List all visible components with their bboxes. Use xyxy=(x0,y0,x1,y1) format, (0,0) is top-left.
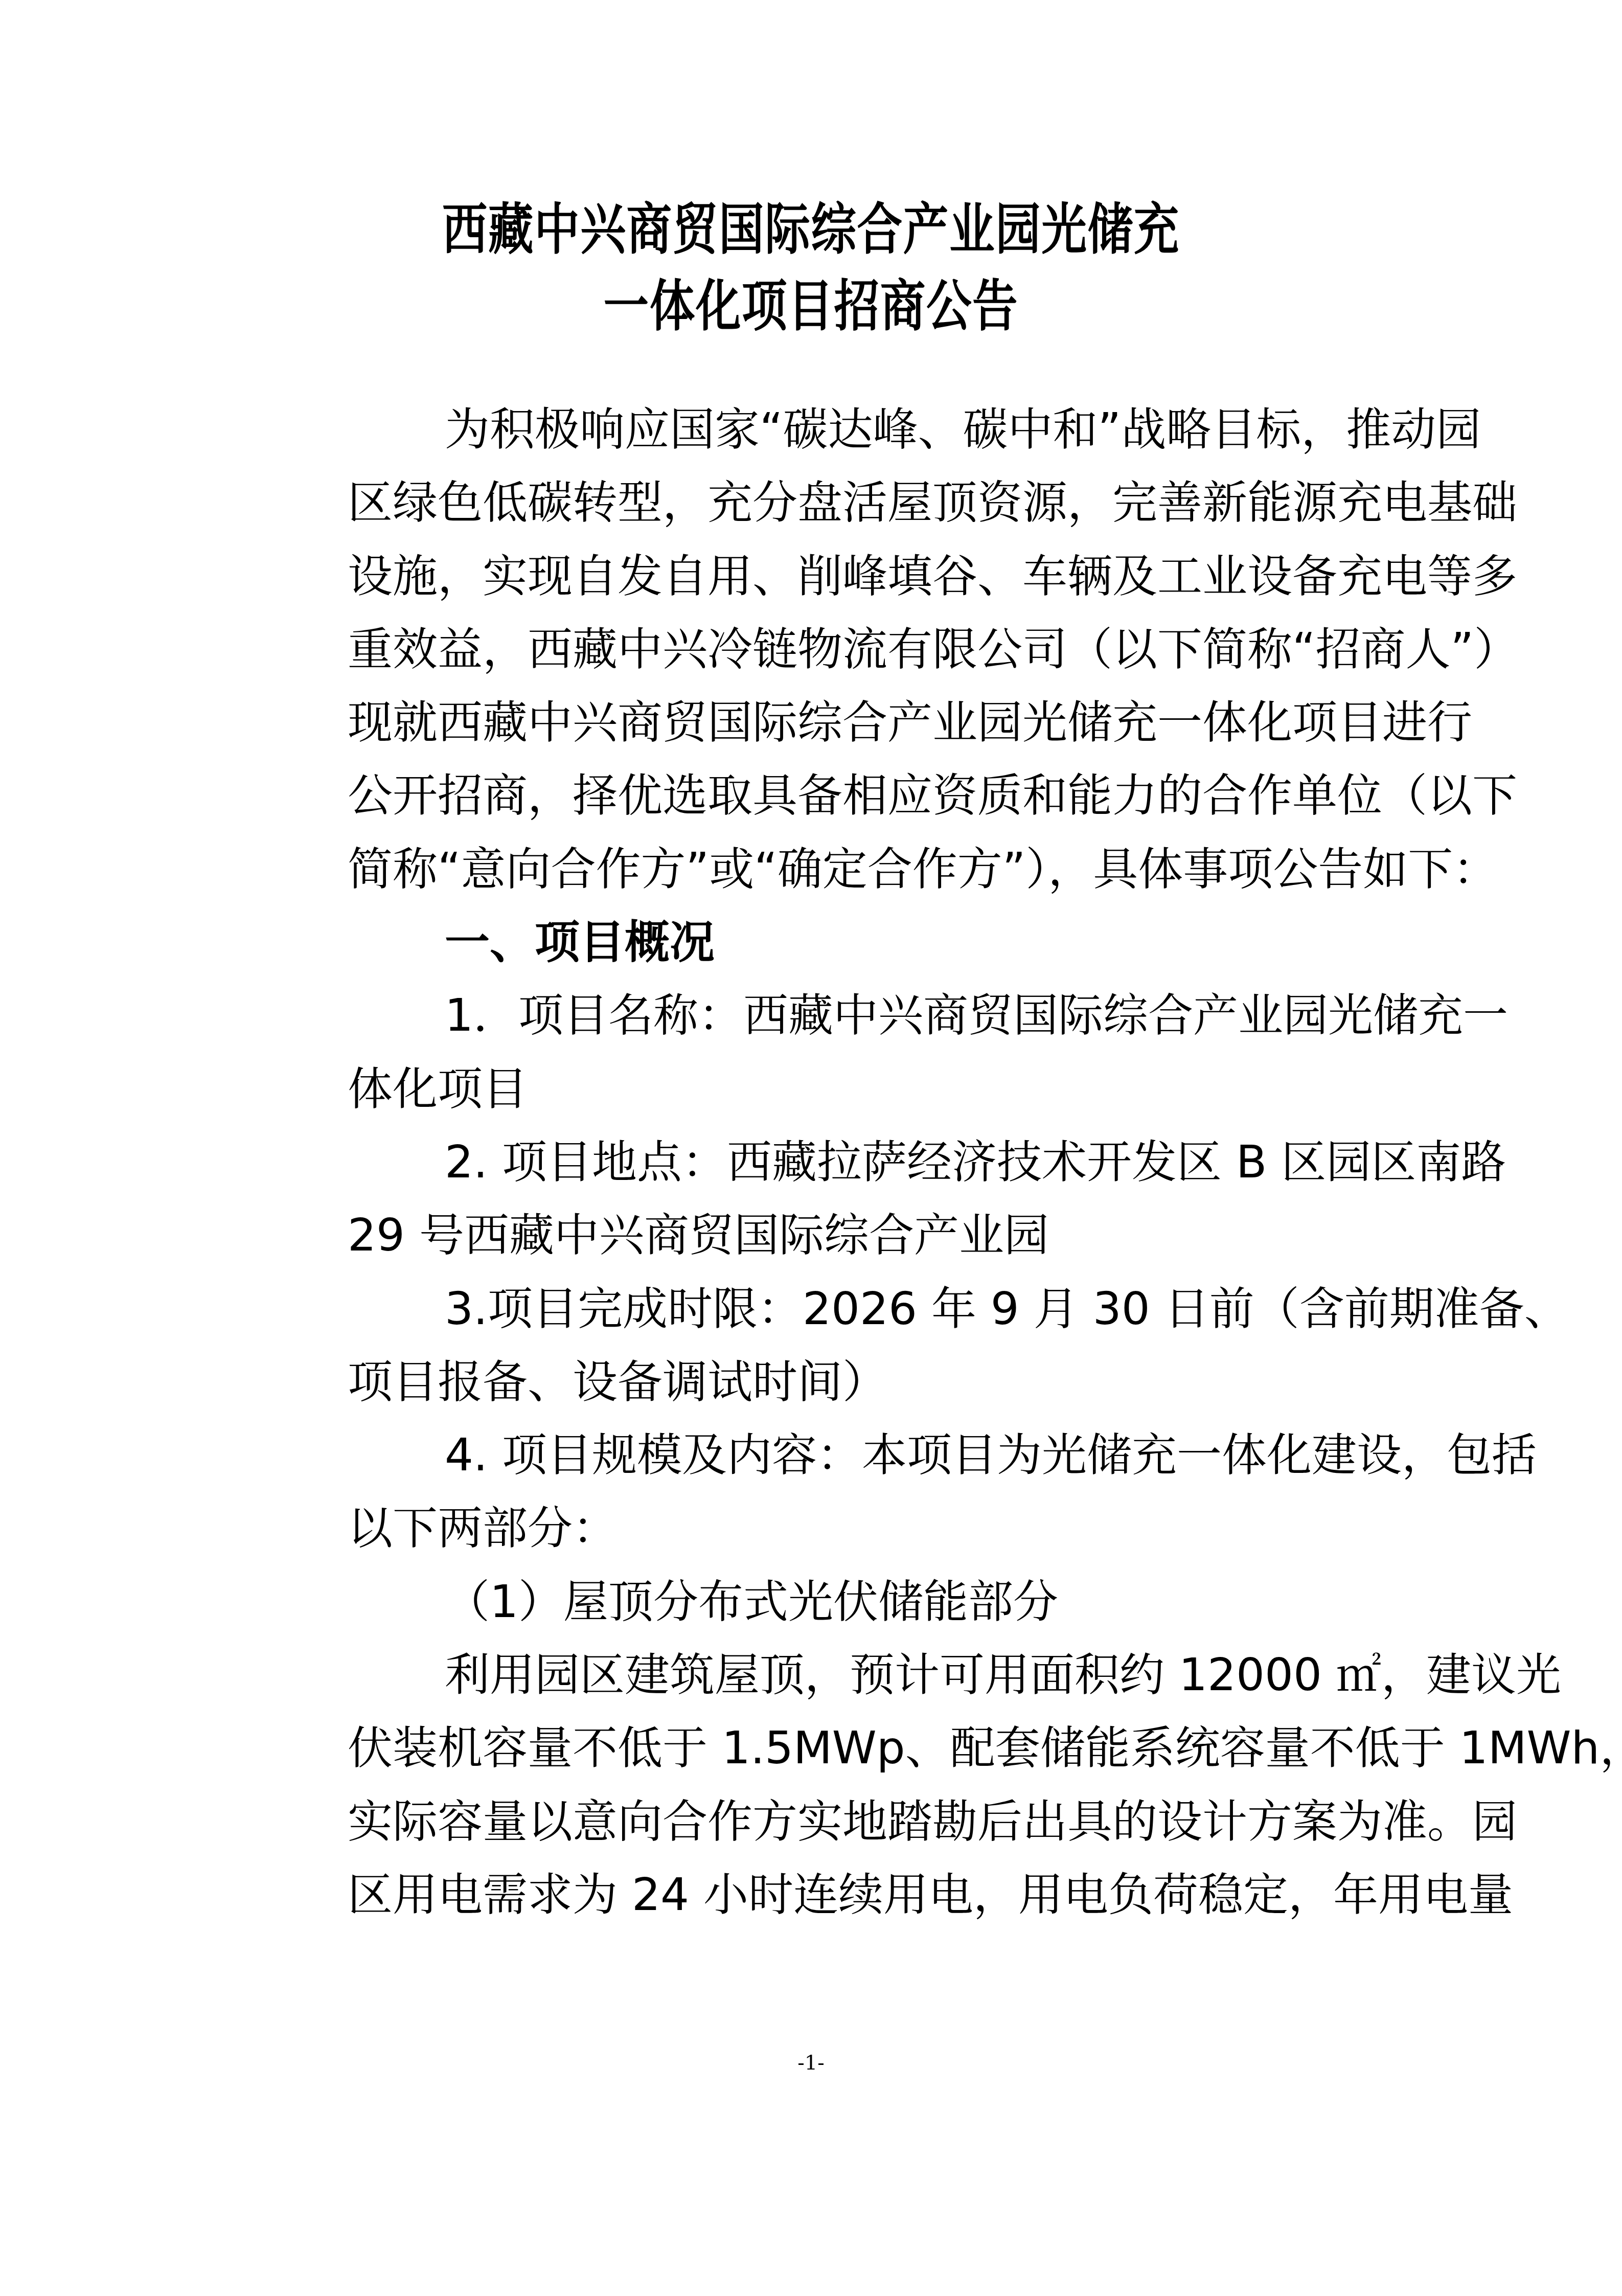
item-project-location-cont: 29 号西藏中兴商贸国际综合产业园 xyxy=(348,1198,1275,1271)
item-project-scope-cont: 以下两部分： xyxy=(348,1491,1275,1564)
document-page: 西藏中兴商贸国际综合产业园光储充 一体化项目招商公告 为积极响应国家“碳达峰、碳… xyxy=(0,0,1622,2296)
document-title-line-2: 一体化项目招商公告 xyxy=(146,268,1476,345)
paragraph-line: 区用电需求为 24 小时连续用电，用电负荷稳定，年用电量 xyxy=(348,1858,1275,1931)
item-project-name-cont: 体化项目 xyxy=(348,1052,1275,1125)
paragraph-line: 利用园区建筑屋顶，预计可用面积约 12000 ㎡，建议光 xyxy=(348,1638,1275,1711)
paragraph-line: 实际容量以意向合作方实地踏勘后出具的设计方案为准。园 xyxy=(348,1785,1275,1858)
paragraph-line: 设施，实现自发自用、削峰填谷、车辆及工业设备充电等多 xyxy=(348,539,1275,612)
item-project-deadline-cont: 项目报备、设备调试时间） xyxy=(348,1345,1275,1418)
page-number: -1- xyxy=(0,2050,1622,2076)
paragraph-line: 重效益，西藏中兴冷链物流有限公司（以下简称“招商人”） xyxy=(348,612,1275,686)
paragraph-line: 为积极响应国家“碳达峰、碳中和”战略目标，推动园 xyxy=(348,393,1275,466)
paragraph-line: 公开招商，择优选取具备相应资质和能力的合作单位（以下 xyxy=(348,759,1275,832)
subsection-rooftop-pv-storage: （1）屋顶分布式光伏储能部分 xyxy=(348,1565,1275,1638)
paragraph-line: 简称“意向合作方”或“确定合作方”），具体事项公告如下： xyxy=(348,832,1275,905)
document-title-line-1: 西藏中兴商贸国际综合产业园光储充 xyxy=(146,192,1476,268)
document-body: 为积极响应国家“碳达峰、碳中和”战略目标，推动园 区绿色低碳转型，充分盘活屋顶资… xyxy=(348,393,1275,1931)
paragraph-line: 现就西藏中兴商贸国际综合产业园光储充一体化项目进行 xyxy=(348,686,1275,759)
paragraph-line: 伏装机容量不低于 1.5MWp、配套储能系统容量不低于 1MWh， xyxy=(348,1711,1275,1784)
item-project-scope: 4. 项目规模及内容：本项目为光储充一体化建设，包括 xyxy=(348,1418,1275,1491)
item-project-name: 1．项目名称：西藏中兴商贸国际综合产业园光储充一 xyxy=(348,979,1275,1052)
paragraph-line: 区绿色低碳转型，充分盘活屋顶资源，完善新能源充电基础 xyxy=(348,466,1275,539)
section-heading-project-overview: 一、项目概况 xyxy=(348,905,1275,979)
item-project-location: 2. 项目地点：西藏拉萨经济技术开发区 B 区园区南路 xyxy=(348,1125,1275,1198)
item-project-deadline: 3.项目完成时限：2026 年 9 月 30 日前（含前期准备、 xyxy=(348,1272,1275,1345)
